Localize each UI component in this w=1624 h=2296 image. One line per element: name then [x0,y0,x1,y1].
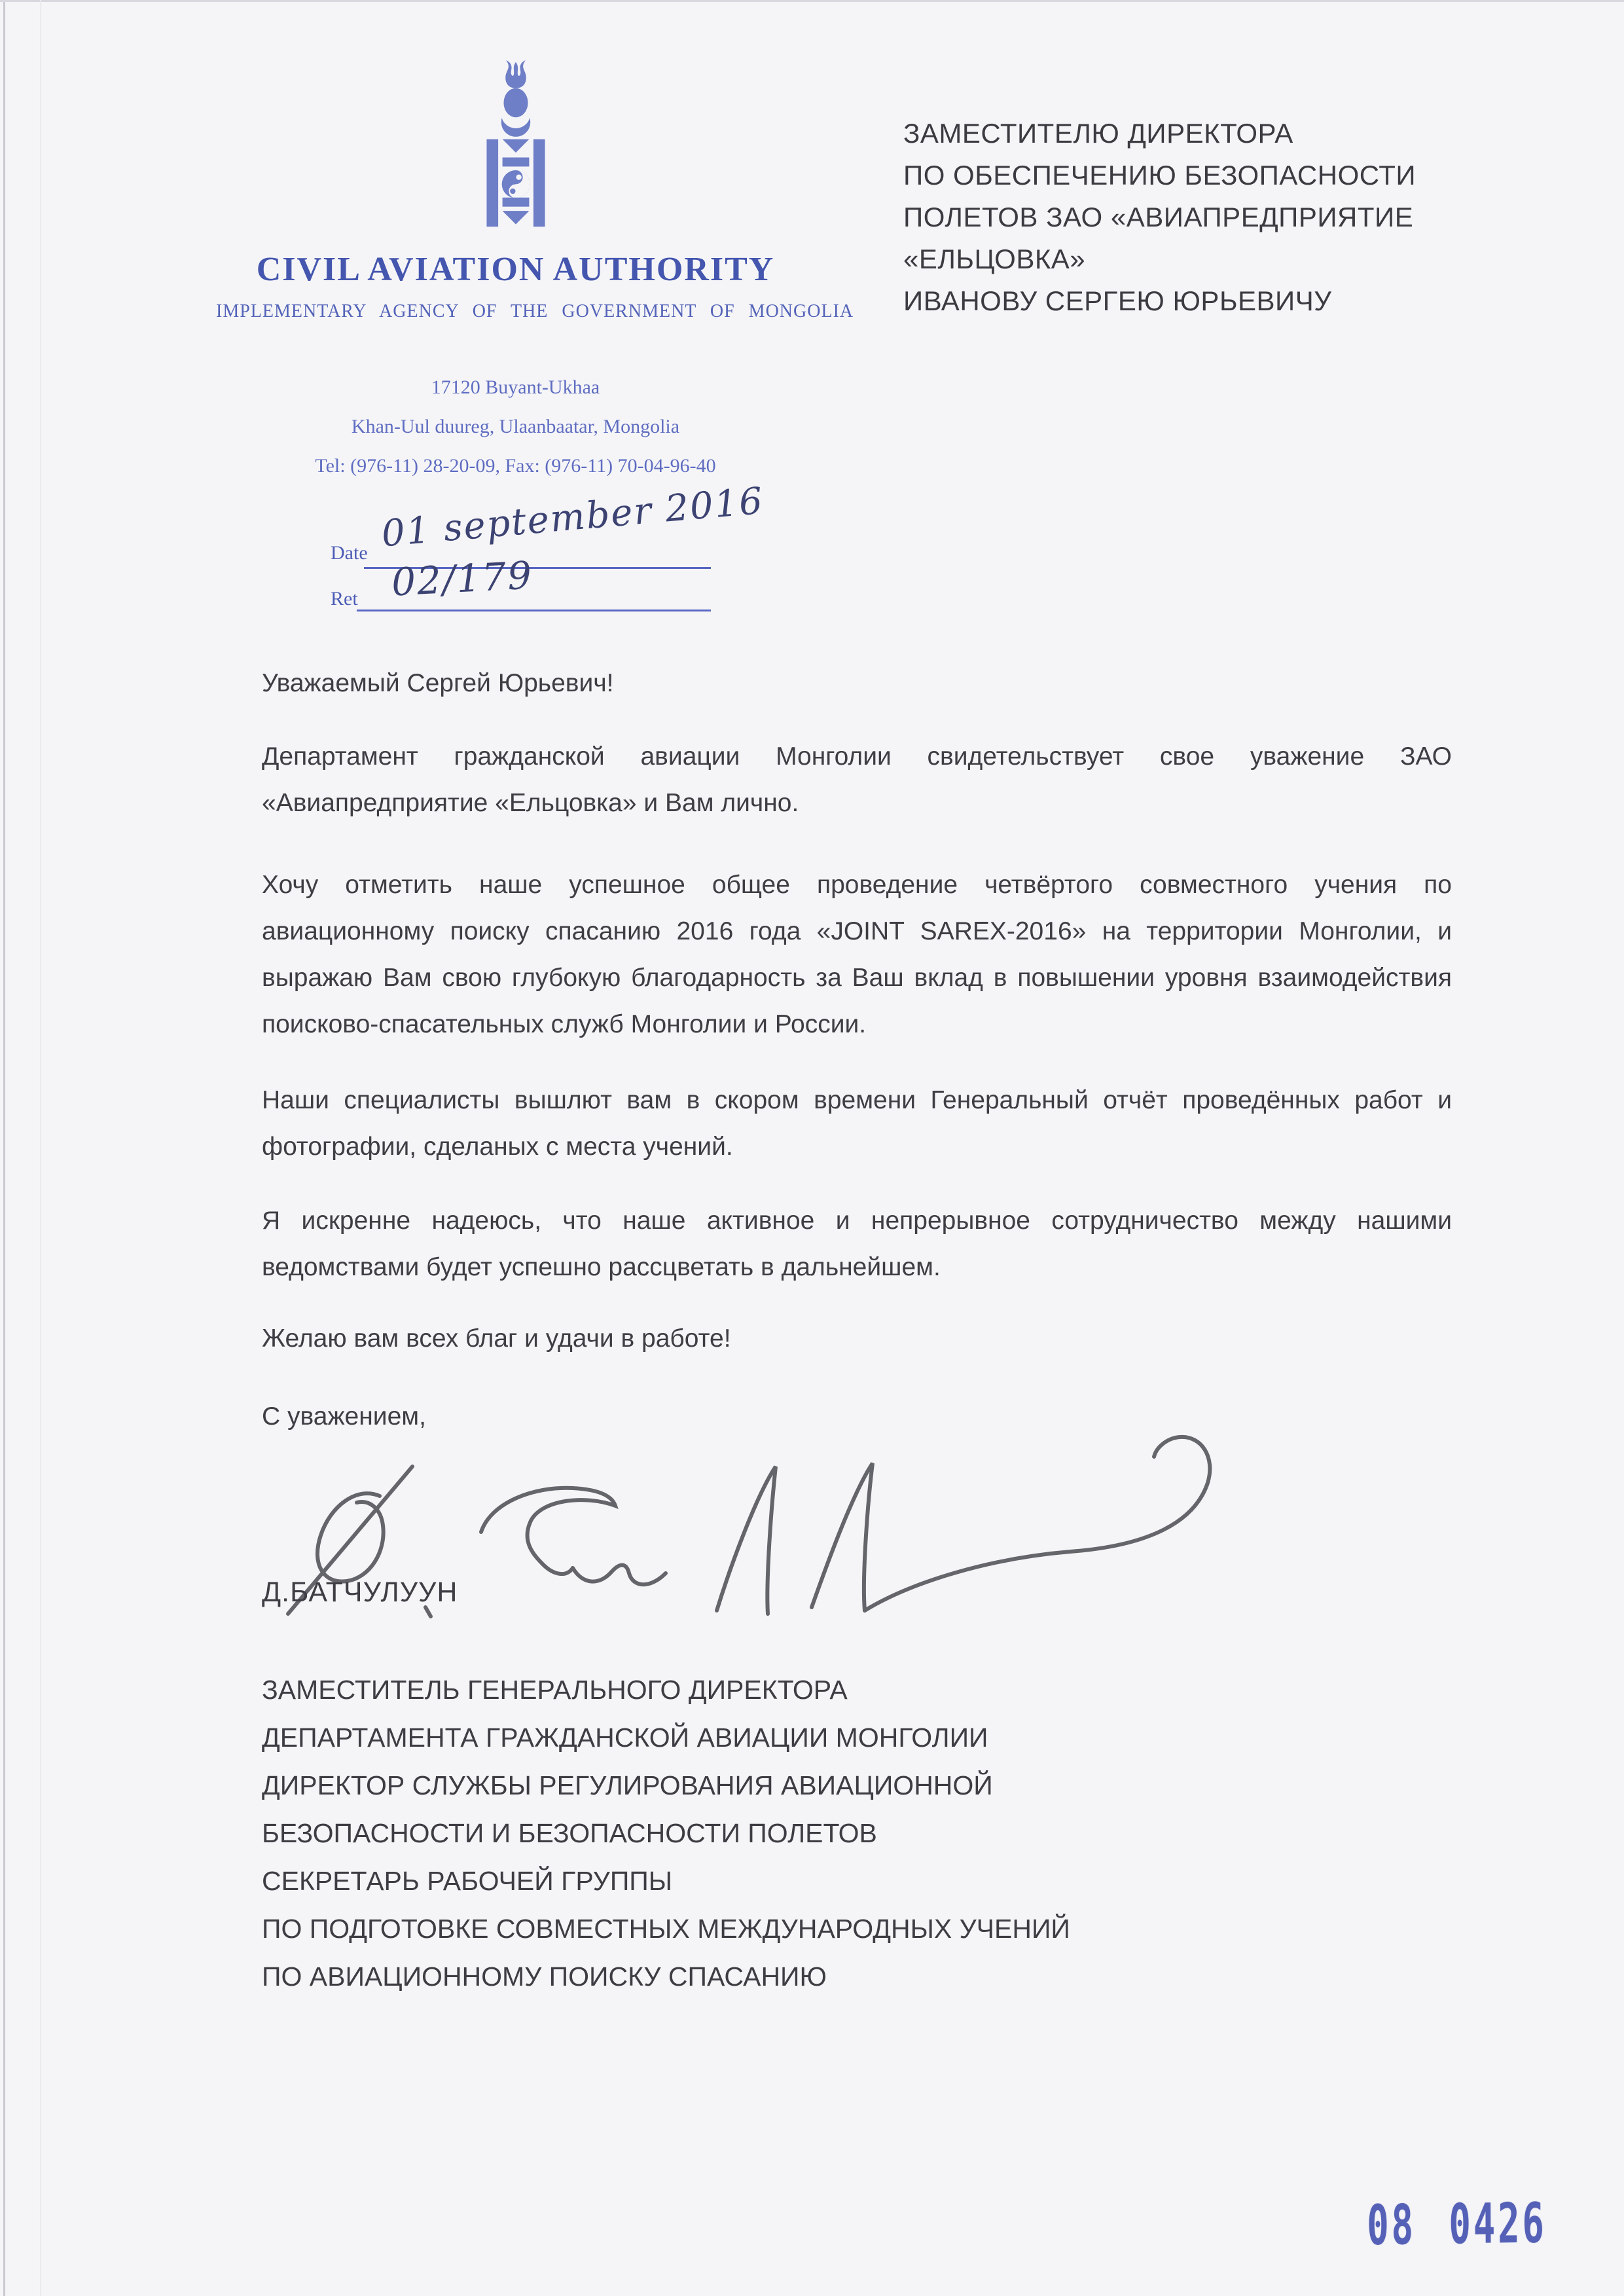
paragraph: Департамент гражданской авиации Монголии… [262,733,1452,826]
scanned-letter-page: CIVIL AVIATION AUTHORITY IMPLEMENTARY AG… [0,0,1624,2296]
signer-titles-block: ЗАМЕСТИТЕЛЬ ГЕНЕРАЛЬНОГО ДИРЕКТОРА ДЕПАР… [262,1666,1309,2001]
address-line-2: Khan-Uul duureg, Ulaanbaatar, Mongolia [216,407,815,446]
recipient-line: ИВАНОВУ СЕРГЕЮ ЮРЬЕВИЧУ [903,280,1492,322]
closing-wish: Желаю вам всех благ и удачи в работе! [262,1315,1452,1362]
ref-rule [357,610,711,611]
signer-title-line: ДИРЕКТОР СЛУЖБЫ РЕГУЛИРОВАНИЯ АВИАЦИОННО… [262,1762,1309,1810]
signer-title-line: ДЕПАРТАМЕНТА ГРАЖДАНСКОЙ АВИАЦИИ МОНГОЛИ… [262,1714,1309,1762]
handwritten-ref-number: 02/179 [390,553,533,604]
recipient-line: ЗАМЕСТИТЕЛЮ ДИРЕКТОРА [903,113,1492,155]
org-name: CIVIL AVIATION AUTHORITY [216,251,815,288]
org-subtitle: IMPLEMENTARY AGENCY OF THE GOVERNMENT OF… [216,301,815,322]
paragraph: Хочу отметить наше успешное общее провед… [262,862,1452,1048]
recipient-line: ПОЛЕТОВ ЗАО «АВИАПРЕДПРИЯТИЕ [903,196,1492,238]
recipient-line: «ЕЛЬЦОВКА» [903,238,1492,280]
signer-title-line: ПО ПОДГОТОВКЕ СОВМЕСТНЫХ МЕЖДУНАРОДНЫХ У… [262,1905,1309,1953]
signer-title-line: БЕЗОПАСНОСТИ И БЕЗОПАСНОСТИ ПОЛЕТОВ [262,1810,1309,1857]
scan-edge-top [0,0,1624,2]
salutation: Уважаемый Сергей Юрьевич! [262,660,1452,706]
recipient-block: ЗАМЕСТИТЕЛЮ ДИРЕКТОРА ПО ОБЕСПЕЧЕНИЮ БЕЗ… [903,113,1492,322]
recipient-line: ПО ОБЕСПЕЧЕНИЮ БЕЗОПАСНОСТИ [903,155,1492,196]
ref-label: Ret [331,588,358,610]
paragraph: Наши специалисты вышлют вам в скором вре… [262,1077,1452,1170]
scan-edge-left [3,0,5,2296]
signer-title-line: ПО АВИАЦИОННОМУ ПОИСКУ СПАСАНИЮ [262,1953,1309,2001]
letterhead: CIVIL AVIATION AUTHORITY IMPLEMENTARY AG… [216,60,815,486]
org-address: 17120 Buyant-Ukhaa Khan-Uul duureg, Ulaa… [216,368,815,486]
soyombo-emblem-icon [478,60,554,229]
stamp-number: 08 0426 [1367,2191,1547,2257]
signer-title-line: СЕКРЕТАРЬ РАБОЧЕЙ ГРУППЫ [262,1857,1309,1905]
address-line-3: Tel: (976-11) 28-20-09, Fax: (976-11) 70… [216,446,815,486]
paragraph: Я искренне надеюсь, что наше активное и … [262,1197,1452,1290]
scan-edge-faint-line [40,0,41,2296]
handwritten-date: 01 september 2016 [380,480,765,556]
signer-name: Д.БАТЧУЛУУН [262,1576,458,1609]
letter-body: Уважаемый Сергей Юрьевич! Департамент гр… [262,660,1452,1440]
address-line-1: 17120 Buyant-Ukhaa [216,368,815,407]
date-label: Date [331,542,368,564]
signer-title-line: ЗАМЕСТИТЕЛЬ ГЕНЕРАЛЬНОГО ДИРЕКТОРА [262,1666,1309,1714]
